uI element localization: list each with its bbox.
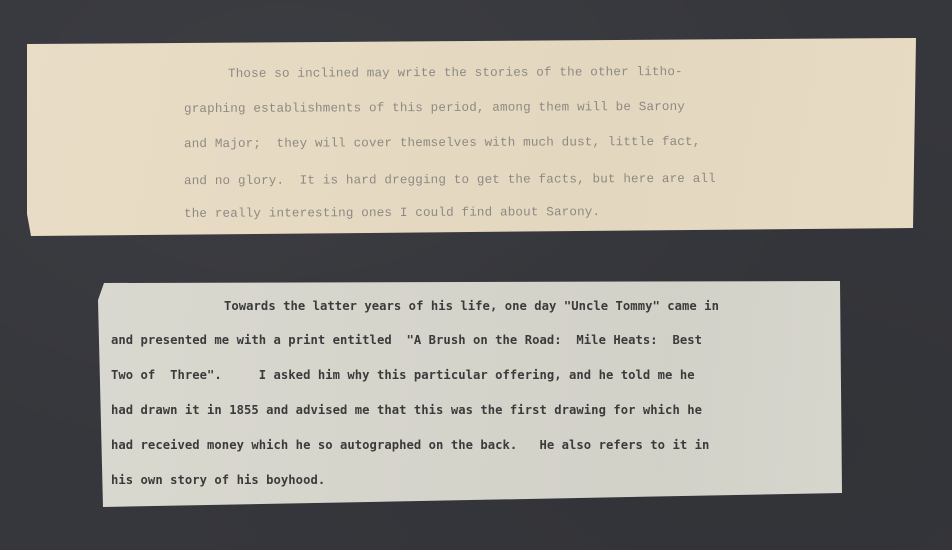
upper-line-2: graphing establishments of this period, … [184, 100, 685, 116]
upper-line-1: Those so inclined may write the stories … [228, 65, 683, 81]
lower-line-2: and presented me with a print entitled "… [111, 333, 702, 347]
lower-clipping-text: Towards the latter years of his life, on… [0, 0, 15, 98]
lower-line-6: his own story of his boyhood. [111, 473, 325, 487]
lower-line-4: had drawn it in 1855 and advised me that… [111, 403, 702, 417]
upper-line-4: and no glory. It is hard dregging to get… [184, 172, 716, 188]
upper-line-3: and Major; they will cover themselves wi… [184, 135, 700, 151]
lower-line-1: Towards the latter years of his life, on… [224, 299, 719, 313]
lower-line-3: Two of Three". I asked him why this part… [111, 368, 695, 382]
upper-line-5: the really interesting ones I could find… [184, 205, 600, 221]
lower-line-5: had received money which he so autograph… [111, 438, 709, 452]
